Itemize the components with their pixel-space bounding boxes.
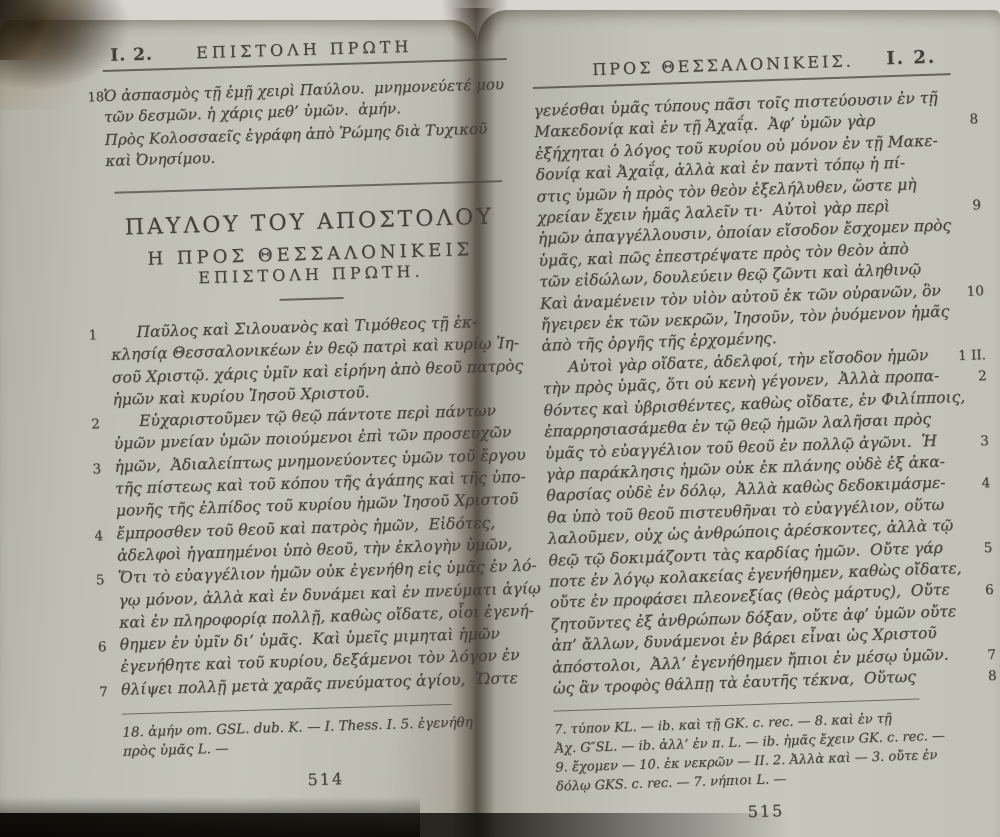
verse-number: 1 II. xyxy=(958,345,987,367)
photo-bottom-left-shadow xyxy=(0,797,420,837)
verse-number: 5 xyxy=(983,538,992,560)
section-divider-rule xyxy=(114,180,502,194)
footnote-rule xyxy=(122,704,452,715)
verse-number: 6 xyxy=(98,636,107,659)
verse-number: 8 xyxy=(969,110,978,132)
line-text: καὶ Ὀνησίμου. xyxy=(105,149,215,170)
epistle-title: ΠΑΥΛΟΥ ΤΟΥ ΑΠΟΣΤΟΛΟΥ Η ΠΡΟΣ ΘΕΣΣΑΛΟΝΙΚΕΙ… xyxy=(107,204,513,290)
verse-number: 18 xyxy=(87,87,104,108)
right-body-text: γενέσθαι ὑμᾶς τύπους πᾶσι τοῖς πιστεύουσ… xyxy=(533,87,971,700)
left-body-text: 1Παῦλος καὶ Σιλουανὸς καὶ Τιμόθεος τῇ ἐκ… xyxy=(110,310,525,701)
verse-number: 3 xyxy=(92,458,101,481)
left-footnotes: 18. ἀμήν om. GSL. dub. K. — I. Thess. I.… xyxy=(122,712,527,762)
title-divider-rule xyxy=(280,297,344,301)
verse-number: 2 xyxy=(91,413,100,436)
verse-number: 7 xyxy=(987,645,996,667)
verse-number: 1 xyxy=(88,324,97,347)
verse-number: 9 xyxy=(972,195,981,217)
title-line: ΠΑΥΛΟΥ ΤΟΥ ΑΠΟΣΤΟΛΟΥ xyxy=(107,204,512,241)
left-chapter-ref: Ι. 2. xyxy=(110,45,153,66)
verse-number: 4 xyxy=(94,525,103,548)
right-footnotes: 7. τύπον KL. — ib. καὶ τῇ GK. c. rec. — … xyxy=(554,707,974,797)
verse-number: 10 xyxy=(966,281,984,303)
left-page-text: Ι. 2. ΕΠΙΣΤΟΛΗ ΠΡΩΤΗ 18Ὁ ἀσπασμὸς τῇ ἐμῇ… xyxy=(102,34,528,795)
verse-number: 8 xyxy=(988,666,997,688)
verse-number: 2 xyxy=(978,366,987,388)
verse-number: 4 xyxy=(981,473,990,495)
verse-number: 7 xyxy=(99,681,108,704)
book-photo: Ι. 2. ΕΠΙΣΤΟΛΗ ΠΡΩΤΗ 18Ὁ ἀσπασμὸς τῇ ἐμῇ… xyxy=(0,0,1000,837)
verse-number: 3 xyxy=(980,431,989,453)
right-page-text: ΠΡΟΣ ΘΕΣΣΑΛΟΝΙΚΕΙΣ. Ι. 2. γενέσθαι ὑμᾶς … xyxy=(532,48,975,828)
verse-number: 6 xyxy=(985,580,994,602)
right-chapter-ref: Ι. 2. xyxy=(886,47,936,70)
verse-number: 5 xyxy=(96,569,105,592)
